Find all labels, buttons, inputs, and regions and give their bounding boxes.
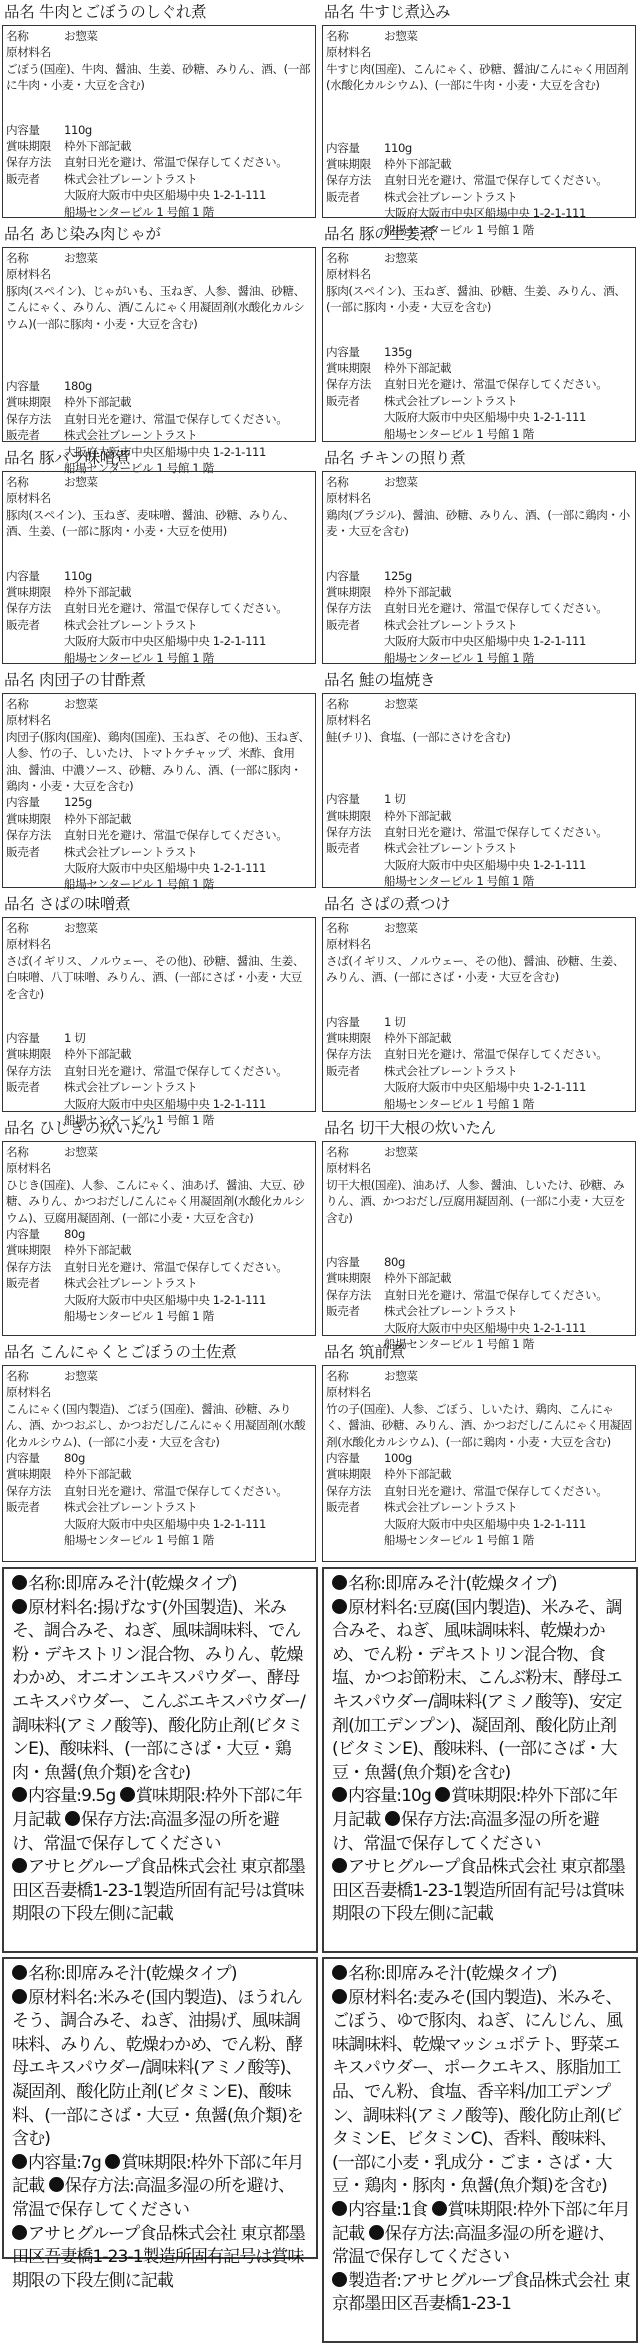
value-content: 110g (384, 140, 632, 156)
value-seller: 株式会社ブレーントラスト (64, 427, 312, 443)
value-name: お惣菜 (384, 1368, 632, 1384)
product-name: 筑前煮 (359, 1343, 405, 1361)
key-storage: 保存方法 (6, 411, 64, 427)
row-name: 名称 お惣菜 (6, 250, 312, 266)
value-content: 100g (384, 1450, 632, 1466)
key-name: 名称 (6, 1368, 64, 1384)
key-name: 名称 (6, 696, 64, 712)
value-content: 110g (64, 122, 312, 138)
seller-address-1: 大阪府大阪市中央区船場中央 1-2-1-111 (326, 205, 632, 221)
key-content: 内容量 (326, 568, 384, 584)
value-content: 1 切 (384, 1014, 632, 1030)
value-storage: 直射日光を避け、常温で保存してください。 (64, 154, 312, 170)
row-name: 名称 お惣菜 (6, 474, 312, 490)
product-title: 品名 肉団子の甘酢煮 (0, 668, 318, 692)
label-box: 名称 お惣菜 原材料名 豚肉(スペイン)、玉ねぎ、麦味噌、醤油、砂糖、みりん、酒… (2, 471, 316, 664)
miso-details: 内容量:7g 賞味期限:枠外下部に年月記載 保存方法:高温多湿の所を避け、常温で… (12, 2152, 310, 2223)
spacer (326, 986, 632, 1014)
key-ingredients: 原材料名 (326, 1384, 371, 1400)
value-content: 125g (384, 568, 632, 584)
spacer (326, 540, 632, 568)
key-content: 内容量 (326, 791, 384, 807)
row-best-before: 賞味期限 枠外下部記載 (326, 156, 632, 172)
value-best-before: 枠外下部記載 (64, 811, 312, 827)
key-storage: 保存方法 (326, 376, 384, 392)
food-label: 品名 さばの煮つけ 名称 お惣菜 原材料名 さば(イギリス、ノルウェー、その他)… (320, 892, 638, 1112)
seller-address-1: 大阪府大阪市中央区船場中央 1-2-1-111 (326, 633, 632, 649)
value-best-before: 枠外下部記載 (384, 808, 632, 824)
seller-address-2: 船場センタービル 1 号館 1 階 (326, 873, 632, 889)
miso-name: 名称:即席みそ汁(乾燥タイプ) (332, 1573, 630, 1597)
key-storage: 保存方法 (6, 154, 64, 170)
key-seller: 販売者 (6, 1079, 64, 1095)
miso-maker: アサヒグループ食品株式会社 東京都墨田区吾妻橋1-23-1製造所固有記号は賞味期… (12, 2223, 310, 2294)
value-ingredients: さば(イギリス、ノルウェー、その他)、砂糖、醤油、生姜、白味噌、八丁味噌、みりん… (6, 953, 312, 1002)
row-seller: 販売者 株式会社ブレーントラスト (6, 844, 312, 860)
bullet-icon (49, 2177, 64, 2192)
key-seller: 販売者 (326, 393, 384, 409)
key-best-before: 賞味期限 (326, 1466, 384, 1482)
title-prefix: 品名 (4, 1343, 34, 1361)
row-ingredients-key: 原材料名 (326, 712, 632, 728)
key-seller: 販売者 (326, 1303, 384, 1319)
value-seller: 株式会社ブレーントラスト (384, 1499, 632, 1515)
seller-address-2: 船場センタービル 1 号館 1 階 (6, 1532, 312, 1548)
spacer (6, 94, 312, 122)
bullet-icon (332, 2272, 347, 2287)
row-best-before: 賞味期限 枠外下部記載 (326, 1466, 632, 1482)
seller-address-2: 船場センタービル 1 号館 1 階 (6, 876, 312, 892)
value-storage: 直射日光を避け、常温で保存してください。 (384, 600, 632, 616)
seller-address-1: 大阪府大阪市中央区船場中央 1-2-1-111 (6, 187, 312, 203)
value-ingredients: ひじき(国産)、人参、こんにゃく、油あげ、醤油、大豆、砂糖、みりん、かつおだし/… (6, 1177, 312, 1226)
value-content: 80g (384, 1254, 632, 1270)
row-content: 内容量 100g (326, 1450, 632, 1466)
product-name: さばの味噌煮 (39, 895, 130, 913)
bullet-icon (105, 2154, 120, 2169)
bullet-icon (332, 1599, 347, 1614)
product-title: 品名 牛すじ煮込み (320, 0, 638, 24)
food-label: 品名 さばの味噌煮 名称 お惣菜 原材料名 さば(イギリス、ノルウェー、その他)… (0, 892, 318, 1112)
title-prefix: 品名 (4, 225, 34, 243)
bullet-icon (332, 1965, 347, 1980)
value-seller: 株式会社ブレーントラスト (64, 171, 312, 187)
row-name: 名称 お惣菜 (326, 1368, 632, 1384)
row-content: 内容量 1 切 (326, 791, 632, 807)
value-storage: 直射日光を避け、常温で保存してください。 (384, 376, 632, 392)
row-ingredients-key: 原材料名 (6, 490, 312, 506)
seller-address-2: 船場センタービル 1 号館 1 階 (6, 204, 312, 220)
key-seller: 販売者 (6, 844, 64, 860)
row-content: 内容量 110g (6, 568, 312, 584)
row-storage: 保存方法 直射日光を避け、常温で保存してください。 (326, 824, 632, 840)
value-storage: 直射日光を避け、常温で保存してください。 (384, 1046, 632, 1062)
value-name: お惣菜 (384, 474, 632, 490)
key-ingredients: 原材料名 (6, 1160, 51, 1176)
title-prefix: 品名 (4, 449, 34, 467)
row-seller: 販売者 株式会社ブレーントラスト (326, 840, 632, 856)
row-best-before: 賞味期限 枠外下部記載 (6, 394, 312, 410)
value-name: お惣菜 (64, 696, 312, 712)
value-best-before: 枠外下部記載 (64, 394, 312, 410)
bullet-icon (385, 1811, 400, 1826)
key-content: 内容量 (326, 344, 384, 360)
key-seller: 販売者 (326, 840, 384, 856)
product-name: こんにゃくとごぼうの土佐煮 (39, 1343, 236, 1361)
value-ingredients: 鮭(チリ)、食塩、(一部にさけを含む) (326, 729, 632, 745)
key-content: 内容量 (6, 1450, 64, 1466)
row-ingredients-key: 原材料名 (326, 490, 632, 506)
key-name: 名称 (326, 1368, 384, 1384)
key-content: 内容量 (6, 122, 64, 138)
product-name: ひじきの炊いたん (39, 1119, 161, 1137)
row-seller: 販売者 株式会社ブレーントラスト (326, 1303, 632, 1319)
value-seller: 株式会社ブレーントラスト (64, 844, 312, 860)
key-ingredients: 原材料名 (6, 1384, 51, 1400)
row-content: 内容量 80g (6, 1450, 312, 1466)
value-storage: 直射日光を避け、常温で保存してください。 (64, 411, 312, 427)
miso-label: 名称:即席みそ汁(乾燥タイプ) 原材料名:米みそ(国内製造)、ほうれんそう、調合… (2, 1957, 318, 2259)
value-best-before: 枠外下部記載 (64, 1466, 312, 1482)
key-storage: 保存方法 (326, 1287, 384, 1303)
value-best-before: 枠外下部記載 (384, 1270, 632, 1286)
row-name: 名称 お惣菜 (6, 1368, 312, 1384)
row-best-before: 賞味期限 枠外下部記載 (6, 811, 312, 827)
miso-maker: アサヒグループ食品株式会社 東京都墨田区吾妻橋1-23-1製造所固有記号は賞味期… (12, 1856, 310, 1927)
value-ingredients: 豚肉(スペイン)、玉ねぎ、麦味噌、醤油、砂糖、みりん、酒、生姜、(一部に豚肉・小… (6, 507, 312, 540)
miso-ingredients: 原材料名:米みそ(国内製造)、ほうれんそう、調合みそ、ねぎ、油揚げ、風味調味料、… (12, 1987, 310, 2152)
miso-label: 名称:即席みそ汁(乾燥タイプ) 原材料名:豆腐(国内製造)、米みそ、調合みそ、ね… (322, 1567, 638, 1953)
row-content: 内容量 180g (6, 378, 312, 394)
key-name: 名称 (6, 920, 64, 936)
row-storage: 保存方法 直射日光を避け、常温で保存してください。 (326, 1483, 632, 1499)
value-best-before: 枠外下部記載 (64, 1046, 312, 1062)
product-title: 品名 さばの味噌煮 (0, 892, 318, 916)
value-storage: 直射日光を避け、常温で保存してください。 (64, 1259, 312, 1275)
row-name: 名称 お惣菜 (326, 920, 632, 936)
row-ingredients-key: 原材料名 (326, 44, 632, 60)
row-name: 名称 お惣菜 (326, 474, 632, 490)
row-best-before: 賞味期限 枠外下部記載 (6, 584, 312, 600)
key-ingredients: 原材料名 (326, 266, 371, 282)
value-ingredients: 鶏肉(ブラジル)、醤油、砂糖、みりん、酒、(一部に鶏肉・小麦・大豆を含む) (326, 507, 632, 540)
title-prefix: 品名 (324, 3, 354, 21)
title-prefix: 品名 (4, 3, 34, 21)
miso-details: 内容量:9.5g 賞味期限:枠外下部に年月記載 保存方法:高温多湿の所を避け、常… (12, 1785, 310, 1856)
key-seller: 販売者 (326, 1499, 384, 1515)
value-name: お惣菜 (384, 920, 632, 936)
value-storage: 直射日光を避け、常温で保存してください。 (64, 827, 312, 843)
value-seller: 株式会社ブレーントラスト (64, 1079, 312, 1095)
value-ingredients: ごぼう(国産)、牛肉、醤油、生姜、砂糖、みりん、酒、(一部に牛肉・小麦・大豆を含… (6, 61, 312, 94)
key-seller: 販売者 (326, 189, 384, 205)
food-label: 品名 チキンの照り煮 名称 お惣菜 原材料名 鶏肉(ブラジル)、醤油、砂糖、みり… (320, 446, 638, 664)
value-seller: 株式会社ブレーントラスト (64, 1275, 312, 1291)
bullet-icon (120, 1787, 135, 1802)
row-content: 内容量 135g (326, 344, 632, 360)
miso-details: 内容量:10g 賞味期限:枠外下部に年月記載 保存方法:高温多湿の所を避け、常温… (332, 1785, 630, 1856)
key-best-before: 賞味期限 (6, 138, 64, 154)
key-best-before: 賞味期限 (326, 1270, 384, 1286)
row-best-before: 賞味期限 枠外下部記載 (326, 360, 632, 376)
value-best-before: 枠外下部記載 (64, 138, 312, 154)
row-best-before: 賞味期限 枠外下部記載 (326, 584, 632, 600)
miso-label: 名称:即席みそ汁(乾燥タイプ) 原材料名:揚げなす(外国製造)、米みそ、調合みそ… (2, 1567, 318, 1953)
title-prefix: 品名 (324, 671, 354, 689)
seller-address-1: 大阪府大阪市中央区船場中央 1-2-1-111 (6, 860, 312, 876)
key-content: 内容量 (326, 140, 384, 156)
key-name: 名称 (326, 696, 384, 712)
value-content: 1 切 (64, 1030, 312, 1046)
value-ingredients: 切干大根(国産)、油あげ、人参、醤油、しいたけ、砂糖、みりん、酒、かつおだし/豆… (326, 1177, 632, 1226)
value-best-before: 枠外下部記載 (64, 584, 312, 600)
miso-ingredients: 原材料名:揚げなす(外国製造)、米みそ、調合みそ、ねぎ、風味調味料、でん粉・デキ… (12, 1597, 310, 1786)
food-label: 品名 豚の生姜煮 名称 お惣菜 原材料名 豚肉(スペイン)、玉ねぎ、醤油、砂糖、… (320, 222, 638, 442)
key-ingredients: 原材料名 (326, 490, 371, 506)
key-ingredients: 原材料名 (326, 1160, 371, 1176)
key-content: 内容量 (6, 378, 64, 394)
row-storage: 保存方法 直射日光を避け、常温で保存してください。 (6, 1063, 312, 1079)
bullet-icon (369, 2225, 384, 2240)
value-content: 1 切 (384, 791, 632, 807)
value-ingredients: さば(イギリス、ノルウェー、その他)、醤油、砂糖、生姜、みりん、酒、(一部にさば… (326, 953, 632, 986)
key-ingredients: 原材料名 (6, 44, 51, 60)
food-label: 品名 ひじきの炊いたん 名称 お惣菜 原材料名 ひじき(国産)、人参、こんにゃく… (0, 1116, 318, 1336)
key-ingredients: 原材料名 (326, 712, 371, 728)
product-title: 品名 チキンの照り煮 (320, 446, 638, 470)
value-name: お惣菜 (384, 1144, 632, 1160)
bullet-icon (332, 1575, 347, 1590)
key-ingredients: 原材料名 (6, 936, 51, 952)
product-title: 品名 こんにゃくとごぼうの土佐煮 (0, 1340, 318, 1364)
row-ingredients-key: 原材料名 (6, 266, 312, 282)
row-name: 名称 お惣菜 (6, 28, 312, 44)
product-title: 品名 切干大根の炊いたん (320, 1116, 638, 1140)
seller-address-1: 大阪府大阪市中央区船場中央 1-2-1-111 (326, 857, 632, 873)
bullet-icon (65, 1811, 80, 1826)
row-seller: 販売者 株式会社ブレーントラスト (326, 617, 632, 633)
key-best-before: 賞味期限 (6, 584, 64, 600)
key-best-before: 賞味期限 (326, 808, 384, 824)
key-storage: 保存方法 (6, 827, 64, 843)
value-seller: 株式会社ブレーントラスト (384, 189, 632, 205)
value-best-before: 枠外下部記載 (384, 156, 632, 172)
bullet-icon (332, 1787, 347, 1802)
row-storage: 保存方法 直射日光を避け、常温で保存してください。 (6, 1259, 312, 1275)
label-box: 名称 お惣菜 原材料名 さば(イギリス、ノルウェー、その他)、醤油、砂糖、生姜、… (322, 917, 636, 1112)
row-name: 名称 お惣菜 (326, 28, 632, 44)
value-best-before: 枠外下部記載 (384, 584, 632, 600)
bullet-icon (435, 1787, 450, 1802)
title-prefix: 品名 (324, 895, 354, 913)
value-storage: 直射日光を避け、常温で保存してください。 (64, 600, 312, 616)
key-seller: 販売者 (6, 1275, 64, 1291)
food-label: 品名 豚バラ味噌煮 名称 お惣菜 原材料名 豚肉(スペイン)、玉ねぎ、麦味噌、醤… (0, 446, 318, 664)
product-title: 品名 さばの煮つけ (320, 892, 638, 916)
row-storage: 保存方法 直射日光を避け、常温で保存してください。 (326, 172, 632, 188)
title-prefix: 品名 (4, 671, 34, 689)
bullet-icon (432, 2201, 447, 2216)
row-best-before: 賞味期限 枠外下部記載 (6, 1242, 312, 1258)
value-storage: 直射日光を避け、常温で保存してください。 (384, 1483, 632, 1499)
row-name: 名称 お惣菜 (6, 1144, 312, 1160)
row-ingredients-key: 原材料名 (6, 1384, 312, 1400)
key-name: 名称 (326, 250, 384, 266)
key-best-before: 賞味期限 (326, 156, 384, 172)
row-seller: 販売者 株式会社ブレーントラスト (326, 1063, 632, 1079)
key-best-before: 賞味期限 (6, 1046, 64, 1062)
value-seller: 株式会社ブレーントラスト (64, 617, 312, 633)
bullet-icon (12, 1858, 27, 1873)
label-box: 名称 お惣菜 原材料名 肉団子(豚肉(国産)、鶏肉(国産)、玉ねぎ、その他)、玉… (2, 693, 316, 888)
value-ingredients: 豚肉(スペイン)、玉ねぎ、醤油、砂糖、生姜、みりん、酒、(一部に豚肉・小麦・大豆… (326, 283, 632, 316)
key-best-before: 賞味期限 (6, 1466, 64, 1482)
value-best-before: 枠外下部記載 (384, 1030, 632, 1046)
row-content: 内容量 125g (6, 794, 312, 810)
row-ingredients-key: 原材料名 (6, 936, 312, 952)
bullet-icon (12, 1965, 27, 1980)
seller-address-1: 大阪府大阪市中央区船場中央 1-2-1-111 (6, 1096, 312, 1112)
key-name: 名称 (326, 474, 384, 490)
miso-maker: 製造者:アサヒグループ食品株式会社 東京都墨田区吾妻橋1-23-1 (332, 2270, 630, 2317)
product-name: 切干大根の炊いたん (359, 1119, 496, 1137)
seller-address-1: 大阪府大阪市中央区船場中央 1-2-1-111 (326, 1320, 632, 1336)
value-ingredients: 肉団子(豚肉(国産)、鶏肉(国産)、玉ねぎ、その他)、玉ねぎ、人参、竹の子、しい… (6, 729, 312, 795)
row-seller: 販売者 株式会社ブレーントラスト (6, 427, 312, 443)
value-name: お惣菜 (384, 28, 632, 44)
row-name: 名称 お惣菜 (326, 250, 632, 266)
product-title: 品名 ひじきの炊いたん (0, 1116, 318, 1140)
title-prefix: 品名 (4, 1119, 34, 1137)
value-content: 125g (64, 794, 312, 810)
seller-address-1: 大阪府大阪市中央区船場中央 1-2-1-111 (326, 1516, 632, 1532)
value-seller: 株式会社ブレーントラスト (384, 840, 632, 856)
bullet-icon (12, 1599, 27, 1614)
key-ingredients: 原材料名 (6, 490, 51, 506)
row-storage: 保存方法 直射日光を避け、常温で保存してください。 (326, 1046, 632, 1062)
miso-ingredients: 原材料名:豆腐(国内製造)、米みそ、調合みそ、ねぎ、風味調味料、乾燥わかめ、でん… (332, 1597, 630, 1786)
title-prefix: 品名 (324, 1119, 354, 1137)
key-storage: 保存方法 (6, 1063, 64, 1079)
food-label: 品名 牛すじ煮込み 名称 お惣菜 原材料名 牛すじ肉(国産)、こんにゃく、砂糖、… (320, 0, 638, 218)
row-name: 名称 お惣菜 (326, 1144, 632, 1160)
label-box: 名称 お惣菜 原材料名 竹の子(国産)、人参、ごぼう、しいたけ、鶏肉、こんにゃく… (322, 1365, 636, 1562)
value-name: お惣菜 (64, 250, 312, 266)
row-best-before: 賞味期限 枠外下部記載 (6, 1046, 312, 1062)
value-name: お惣菜 (64, 28, 312, 44)
title-prefix: 品名 (324, 449, 354, 467)
row-storage: 保存方法 直射日光を避け、常温で保存してください。 (6, 411, 312, 427)
key-name: 名称 (326, 920, 384, 936)
row-storage: 保存方法 直射日光を避け、常温で保存してください。 (6, 154, 312, 170)
row-seller: 販売者 株式会社ブレーントラスト (326, 393, 632, 409)
product-title: 品名 豚バラ味噌煮 (0, 446, 318, 470)
row-name: 名称 お惣菜 (326, 696, 632, 712)
spacer (326, 745, 632, 791)
product-name: さばの煮つけ (359, 895, 450, 913)
miso-details: 内容量:1食 賞味期限:枠外下部に年月記載 保存方法:高温多湿の所を避け、常温で… (332, 2199, 630, 2270)
product-name: 肉団子の甘酢煮 (39, 671, 145, 689)
product-title: 品名 あじ染み肉じゃが (0, 222, 318, 246)
row-best-before: 賞味期限 枠外下部記載 (326, 1270, 632, 1286)
key-best-before: 賞味期限 (6, 394, 64, 410)
key-name: 名称 (6, 28, 64, 44)
key-storage: 保存方法 (326, 600, 384, 616)
row-ingredients-key: 原材料名 (326, 266, 632, 282)
value-seller: 株式会社ブレーントラスト (384, 617, 632, 633)
miso-label: 名称:即席みそ汁(乾燥タイプ) 原材料名:麦みそ(国内製造)、米みそ、ごぼう、ゆ… (322, 1957, 638, 2343)
value-storage: 直射日光を避け、常温で保存してください。 (384, 824, 632, 840)
label-box: 名称 お惣菜 原材料名 豚肉(スペイン)、玉ねぎ、醤油、砂糖、生姜、みりん、酒、… (322, 247, 636, 442)
row-seller: 販売者 株式会社ブレーントラスト (326, 189, 632, 205)
value-name: お惣菜 (64, 920, 312, 936)
key-content: 内容量 (6, 1030, 64, 1046)
key-best-before: 賞味期限 (6, 811, 64, 827)
value-seller: 株式会社ブレーントラスト (384, 1303, 632, 1319)
key-seller: 販売者 (6, 427, 64, 443)
key-ingredients: 原材料名 (6, 266, 51, 282)
value-seller: 株式会社ブレーントラスト (384, 393, 632, 409)
row-content: 内容量 1 切 (6, 1030, 312, 1046)
value-storage: 直射日光を避け、常温で保存してください。 (64, 1063, 312, 1079)
row-content: 内容量 110g (326, 140, 632, 156)
product-title: 品名 筑前煮 (320, 1340, 638, 1364)
title-prefix: 品名 (324, 225, 354, 243)
seller-address-1: 大阪府大阪市中央区船場中央 1-2-1-111 (326, 409, 632, 425)
key-storage: 保存方法 (326, 824, 384, 840)
row-seller: 販売者 株式会社ブレーントラスト (6, 1079, 312, 1095)
value-ingredients: こんにゃく(国内製造)、ごぼう(国産)、醤油、砂糖、みりん、酒、かつおぶし、かつ… (6, 1401, 312, 1450)
seller-address-2: 船場センタービル 1 号館 1 階 (326, 426, 632, 442)
row-ingredients-key: 原材料名 (326, 936, 632, 952)
miso-ingredients: 原材料名:麦みそ(国内製造)、米みそ、ごぼう、ゆで豚肉、ねぎ、にんじん、風味調味… (332, 1987, 630, 2199)
spacer (326, 316, 632, 344)
seller-address-1: 大阪府大阪市中央区船場中央 1-2-1-111 (6, 1516, 312, 1532)
label-box: 名称 お惣菜 原材料名 牛すじ肉(国産)、こんにゃく、砂糖、醤油/こんにゃく用固… (322, 25, 636, 218)
row-best-before: 賞味期限 枠外下部記載 (326, 1030, 632, 1046)
label-box: 名称 お惣菜 原材料名 豚肉(スペイン)、じゃがいも、玉ねぎ、人参、醤油、砂糖、… (2, 247, 316, 442)
product-name: 豚バラ味噌煮 (39, 449, 130, 467)
seller-address-1: 大阪府大阪市中央区船場中央 1-2-1-111 (6, 633, 312, 649)
spacer (326, 1226, 632, 1254)
value-name: お惣菜 (64, 474, 312, 490)
key-content: 内容量 (6, 1226, 64, 1242)
key-ingredients: 原材料名 (326, 44, 371, 60)
value-seller: 株式会社ブレーントラスト (384, 1063, 632, 1079)
bullet-icon (332, 1858, 347, 1873)
bullet-icon (12, 2154, 27, 2169)
row-ingredients-key: 原材料名 (326, 1384, 632, 1400)
seller-address-2: 船場センタービル 1 号館 1 階 (326, 650, 632, 666)
product-name: 豚の生姜煮 (359, 225, 435, 243)
spacer (6, 332, 312, 378)
value-ingredients: 竹の子(国産)、人参、ごぼう、しいたけ、鶏肉、こんにゃく、醤油、砂糖、みりん、酒… (326, 1401, 632, 1450)
seller-address-2: 船場センタービル 1 号館 1 階 (326, 1096, 632, 1112)
key-ingredients: 原材料名 (326, 936, 371, 952)
value-name: お惣菜 (64, 1144, 312, 1160)
label-box: 名称 お惣菜 原材料名 切干大根(国産)、油あげ、人参、醤油、しいたけ、砂糖、み… (322, 1141, 636, 1336)
value-ingredients: 牛すじ肉(国産)、こんにゃく、砂糖、醤油/こんにゃく用固剤(水酸化カルシウム)、… (326, 61, 632, 94)
row-storage: 保存方法 直射日光を避け、常温で保存してください。 (326, 1287, 632, 1303)
seller-address-1: 大阪府大阪市中央区船場中央 1-2-1-111 (326, 1079, 632, 1095)
key-seller: 販売者 (326, 1063, 384, 1079)
row-best-before: 賞味期限 枠外下部記載 (6, 138, 312, 154)
row-storage: 保存方法 直射日光を避け、常温で保存してください。 (326, 376, 632, 392)
row-name: 名称 お惣菜 (6, 696, 312, 712)
key-best-before: 賞味期限 (326, 360, 384, 376)
product-name: あじ染み肉じゃが (39, 225, 161, 243)
value-content: 180g (64, 378, 312, 394)
